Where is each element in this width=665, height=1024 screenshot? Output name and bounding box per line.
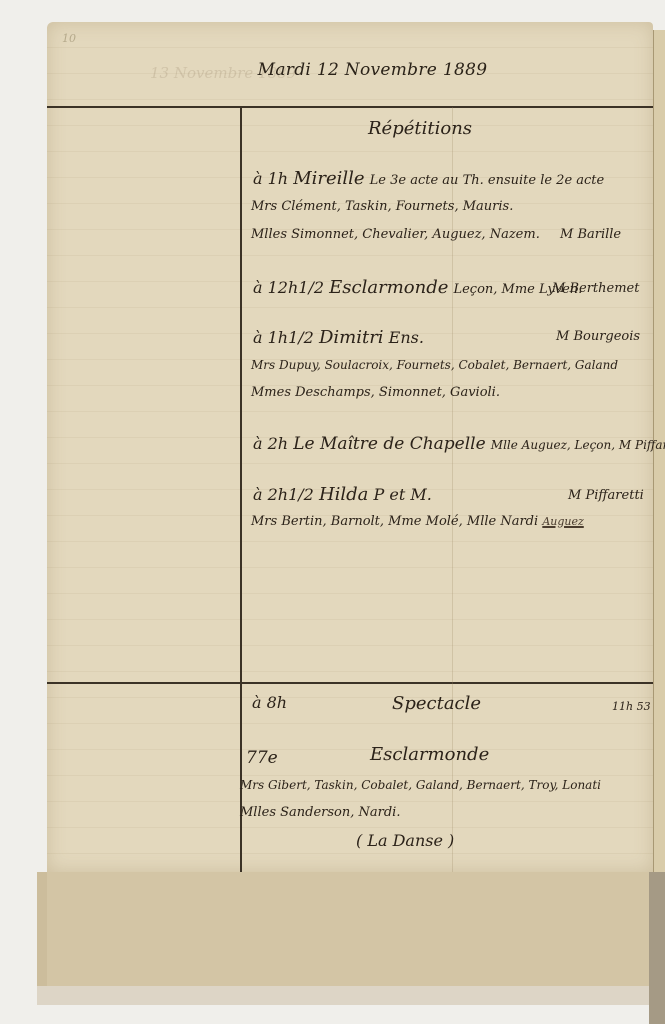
column-divider [240, 107, 242, 872]
entry-cast-line: Mlles Simonnet, Chevalier, Auguez, Nazem… [251, 227, 540, 242]
entry-time: à 1h [253, 169, 288, 188]
entry-detail: Le 3e acte au Th. ensuite le 2e acte [370, 173, 605, 188]
rehearsal-entry-4: à 2h Le Maître de Chapelle Mlle Auguez, … [253, 434, 665, 454]
entry-time: à 2h1/2 [253, 485, 314, 504]
redacted-bottom-region [37, 872, 665, 986]
performance-cast-line: Mlles Sanderson, Nardi. [240, 805, 400, 820]
entry-detail: Ens. [389, 328, 424, 347]
entry-detail: P et M. [374, 485, 432, 504]
binding-edge-strip [649, 872, 665, 1024]
rehearsal-entry-3: à 1h1/2 Dimitri Ens. [253, 327, 424, 348]
header-rule [47, 106, 653, 108]
entry-cast-line: Mrs Dupuy, Soulacroix, Fournets, Cobalet… [251, 358, 618, 372]
performance-note: ( La Danse ) [356, 831, 454, 850]
struck-name: Auguez [542, 515, 583, 528]
entry-time: à 1h1/2 [253, 328, 314, 347]
cast-names: Mrs Bertin, Barnolt, Mme Molé, Mlle Nard… [251, 514, 538, 529]
entry-conductor: M Berthemet [552, 281, 639, 296]
redacted-edge [37, 872, 47, 986]
rehearsal-entry-1: à 1h Mireille Le 3e acte au Th. ensuite … [253, 168, 604, 189]
page-corner-mark: 10 [62, 32, 76, 45]
section-rule [47, 682, 653, 684]
entry-cast-line: Mrs Clément, Taskin, Fournets, Mauris. [251, 199, 513, 214]
entry-work: Esclarmonde [329, 277, 448, 298]
redacted-bottom-strip [37, 986, 665, 1005]
rehearsals-title: Répétitions [368, 118, 472, 139]
performance-end-time: 11h 53 [612, 700, 651, 713]
rehearsal-entry-2: à 12h1/2 Esclarmonde Leçon, Mme Lyven. [253, 277, 582, 298]
entry-work: Le Maître de Chapelle [293, 434, 485, 454]
performance-number: 77e [246, 748, 278, 768]
entry-work: Mireille [293, 168, 364, 189]
entry-conductor: M Barille [560, 227, 621, 242]
entry-work: Hilda [319, 484, 368, 505]
performance-time: à 8h [252, 693, 287, 712]
performance-cast-line: Mrs Gibert, Taskin, Cobalet, Galand, Ber… [240, 778, 601, 792]
performance-work: Esclarmonde [370, 744, 489, 765]
entry-time: à 2h [253, 434, 288, 453]
entry-conductor: M Bourgeois [556, 329, 640, 344]
date-header: Mardi 12 Novembre 1889 [0, 60, 665, 80]
entry-work: Dimitri [319, 327, 384, 348]
entry-cast-line: Mrs Bertin, Barnolt, Mme Molé, Mlle Nard… [251, 514, 584, 529]
entry-conductor: M Piffaretti [568, 488, 644, 503]
entry-time: à 12h1/2 [253, 278, 324, 297]
entry-cast-line: Mmes Deschamps, Simonnet, Gavioli. [251, 385, 500, 400]
rehearsal-entry-5: à 2h1/2 Hilda P et M. [253, 484, 432, 505]
performance-title: Spectacle [392, 693, 481, 714]
entry-detail: Mlle Auguez, Leçon, M Piffar [491, 438, 665, 452]
